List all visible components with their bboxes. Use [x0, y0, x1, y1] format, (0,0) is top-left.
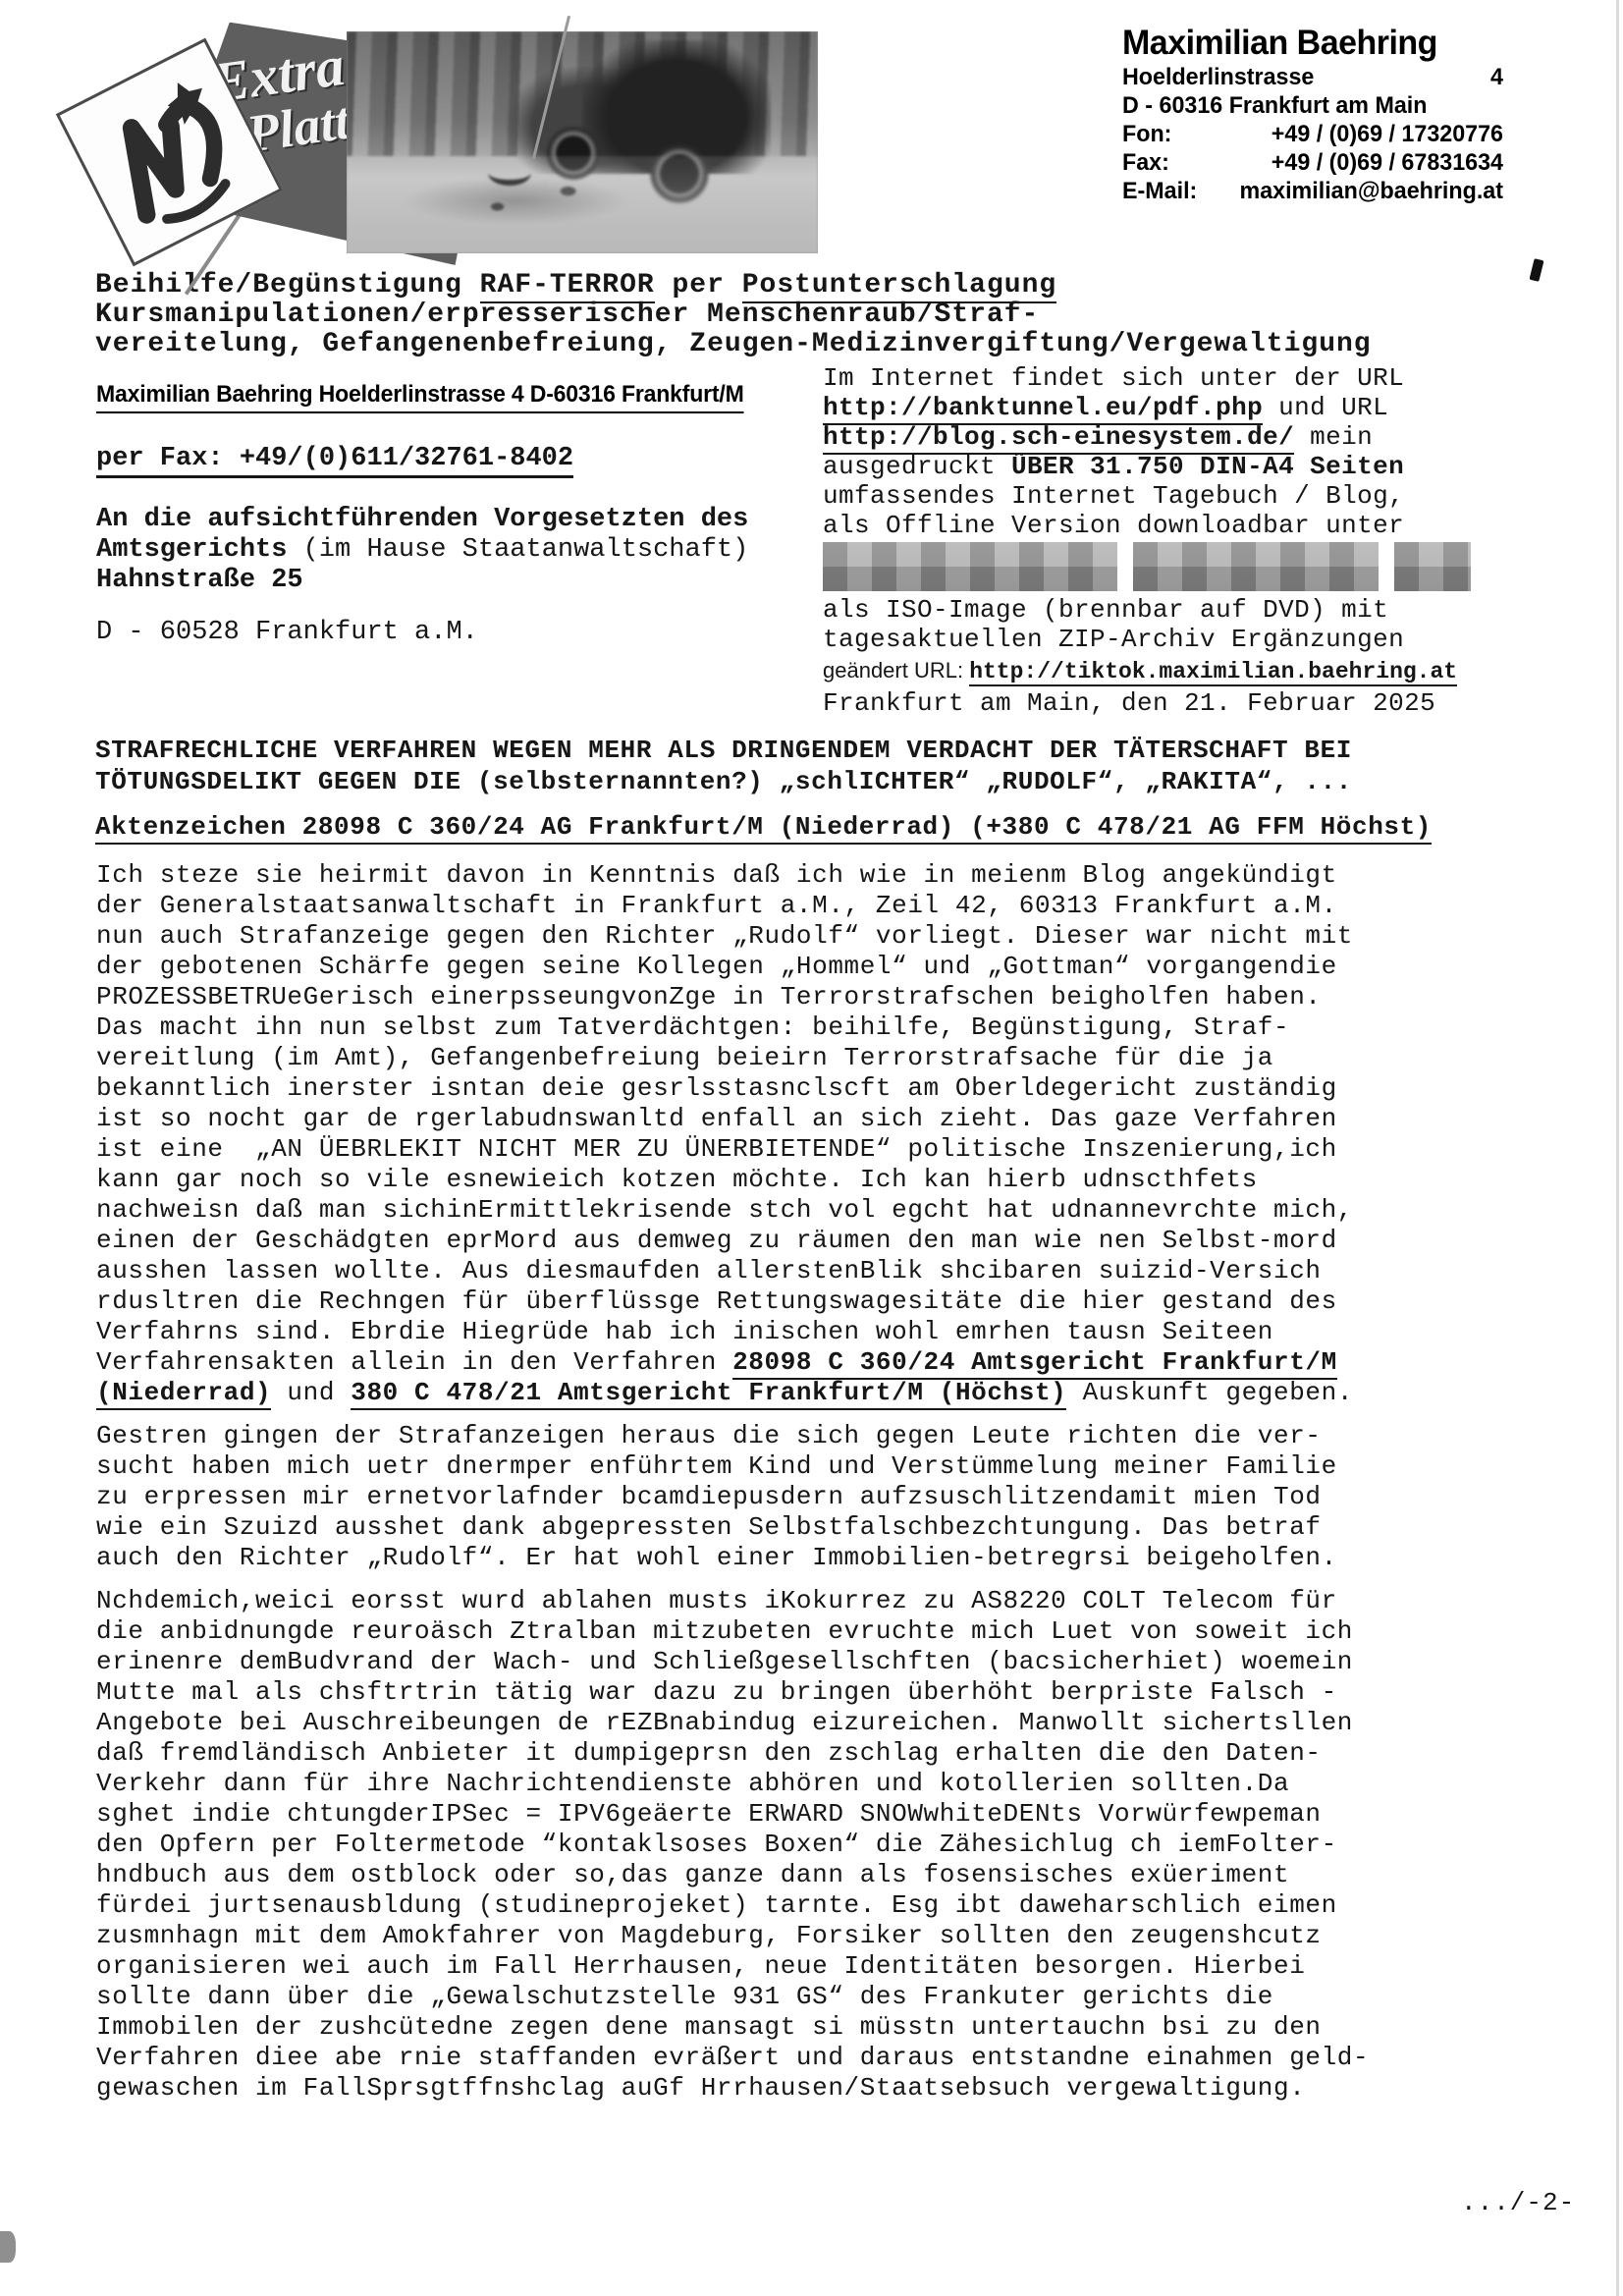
text-line: Ich steze sie heirmit davon in Kenntnis …: [96, 860, 1369, 891]
text-run: Auskunft gegeben.: [1066, 1378, 1353, 1407]
text-run: geändert URL:: [823, 658, 969, 683]
text-run: ausshen lassen wollte. Aus diesmaufden a…: [96, 1256, 1322, 1285]
text-line: die anbidnungde reuroäsch Ztralban mitzu…: [96, 1616, 1369, 1647]
text-line: STRAFRECHLICHE VERFAHREN WEGEN MEHR ALS …: [95, 735, 1432, 766]
text-run: die anbidnungde reuroäsch Ztralban mitzu…: [96, 1616, 1353, 1646]
text-run: Beihilfe/Begünstigung: [95, 270, 480, 301]
text-run: sghet indie chtungderIPSec = IPV6geäerte…: [96, 1799, 1322, 1829]
sender-city: D - 60316 Frankfurt am Main: [1122, 91, 1503, 120]
text-run: http://blog.sch-einesystem.de/: [823, 422, 1294, 455]
photo-ground: [347, 156, 818, 253]
text-run: wie ein Szuizd ausshet dank abgepressten…: [96, 1512, 1322, 1542]
text-run: tagesaktuellen ZIP-Archiv Ergänzungen: [823, 625, 1404, 654]
text-line: hndbuch aus dem ostblock oder so,das gan…: [96, 1860, 1369, 1890]
text-line: Verkehr dann für ihre Nachrichtendienste…: [96, 1769, 1369, 1799]
text-line: Kursmanipulationen/erpresserischer Mensc…: [95, 301, 1372, 330]
text-run: Amtsgerichts: [96, 535, 303, 565]
text-run: Verfahrns sind. Ebrdie Hiegrüde hab ich …: [96, 1317, 1273, 1346]
text-run: Verkehr dann für ihre Nachrichtendienste…: [96, 1769, 1289, 1798]
text-run: kann gar noch so vile esnewieich kotzen …: [96, 1165, 1258, 1194]
redacted-url-bar: [823, 542, 1490, 591]
text-run: einen der Geschädgten eprMord aus demweg…: [96, 1226, 1337, 1255]
text-line: tagesaktuellen ZIP-Archiv Ergänzungen: [823, 625, 1490, 654]
text-run: rdusltren die Rechngen für überflüssge R…: [96, 1286, 1337, 1316]
scan-edge-artifact: [1616, 0, 1619, 2296]
text-line: der gebotenen Schärfe gegen seine Kolleg…: [96, 952, 1369, 982]
text-line: ausgedruckt ÜBER 31.750 DIN-A4 Seiten: [823, 452, 1490, 481]
text-run: Gestren gingen der Strafanzeigen heraus …: [96, 1421, 1322, 1450]
text-line: sollte dann über die „Gewalschutzstelle …: [96, 1982, 1369, 2012]
text-line: ist eine „AN ÜEBRLEKIT NICHT MER ZU ÜNER…: [96, 1134, 1369, 1165]
text-line: auch den Richter „Rudolf“. Er hat wohl e…: [96, 1543, 1369, 1573]
text-line: kann gar noch so vile esnewieich kotzen …: [96, 1165, 1369, 1195]
text-run: hndbuch aus dem ostblock oder so,das gan…: [96, 1860, 1289, 1889]
text-run: nachweisn daß man sichinErmittlekrisende…: [96, 1195, 1353, 1225]
text-run: mein: [1294, 422, 1373, 452]
text-line: PROZESSBETRUeGerisch einerpsseungvonZge …: [96, 982, 1369, 1012]
text-line: bekanntlich inerster isntan deie gesrlss…: [96, 1073, 1369, 1104]
text-run: D - 60528 Frankfurt a.M.: [96, 618, 478, 647]
text-line: Nchdemich,weici eorsst wurd ablahen must…: [96, 1586, 1369, 1616]
text-run: Das macht ihn nun selbst zum Tatverdächt…: [96, 1012, 1289, 1042]
text-run: 28098 C 360/24 Amtsgericht Frankfurt/M: [732, 1347, 1337, 1380]
redacted-segment: [823, 542, 1117, 591]
text-run: den Opfern per Foltermetode “kontaklsose…: [96, 1830, 1337, 1859]
text-run: zusmnhagn mit dem Amokfahrer von Magdebu…: [96, 1921, 1322, 1950]
text-run: gewaschen im FallSprsgtffnshclag auGf Hr…: [96, 2073, 1305, 2103]
text-line: TÖTUNGSDELIKT GEGEN DIE (selbsternannten…: [95, 766, 1432, 797]
text-run: http://banktunnel.eu/pdf.php: [823, 393, 1263, 425]
text-run: fürdei jurtsenausbldung (studineprojeket…: [96, 1890, 1337, 1920]
text-line: erinenre demBudvrand der Wach- und Schli…: [96, 1647, 1369, 1677]
paragraph: Ich steze sie heirmit davon in Kenntnis …: [96, 860, 1369, 1408]
text-run: per: [655, 270, 742, 301]
text-run: Mutte mal als chsftrtrin tätig war dazu …: [96, 1677, 1337, 1707]
text-line: fürdei jurtsenausbldung (studineprojeket…: [96, 1890, 1369, 1921]
text-line: Angebote bei Auschreibeungen de rEZBnabi…: [96, 1708, 1369, 1738]
text-line: Beihilfe/Begünstigung RAF-TERROR per Pos…: [95, 271, 1372, 301]
text-line: Das macht ihn nun selbst zum Tatverdächt…: [96, 1012, 1369, 1043]
text-line: nun auch Strafanzeige gegen den Richter …: [96, 921, 1369, 952]
text-run: vereitelung, Gefangenenbefreiung, Zeugen…: [95, 329, 1372, 359]
text-run: Aktenzeichen 28098 C 360/24 AG Frankfurt…: [95, 812, 1432, 845]
text-line: nachweisn daß man sichinErmittlekrisende…: [96, 1195, 1369, 1226]
text-line: zu erpressen mir ernetvorlafnder bcamdie…: [96, 1482, 1369, 1512]
newspaper-clipping: Extra Platt: [83, 26, 825, 259]
text-line: vereitelung, Gefangenenbefreiung, Zeugen…: [95, 330, 1372, 359]
sender-phone-row: Fon: +49 / (0)69 / 17320776: [1122, 120, 1503, 148]
letterhead-contact-block: Maximilian Baehring Hoelderlinstrasse 4 …: [1122, 24, 1503, 205]
text-line: zusmnhagn mit dem Amokfahrer von Magdebu…: [96, 1921, 1369, 1951]
text-run: nun auch Strafanzeige gegen den Richter …: [96, 921, 1353, 951]
text-run: bekanntlich inerster isntan deie gesrlss…: [96, 1073, 1337, 1103]
text-line: daß fremdländisch Anbieter it dumpigeprs…: [96, 1738, 1369, 1769]
scan-speck-artifact: [1529, 258, 1543, 282]
text-line: als Offline Version downloadbar unter: [823, 511, 1490, 540]
text-run: vereitlung (im Amt), Gefangenbefreiung b…: [96, 1043, 1273, 1072]
text-run: RAF-TERROR: [480, 270, 655, 303]
text-line: http://banktunnel.eu/pdf.php und URL: [823, 393, 1490, 422]
text-line: organisieren wei auch im Fall Herrhausen…: [96, 1951, 1369, 1982]
recipient-address-block: An die aufsichtführenden Vorgesetzten de…: [96, 505, 748, 648]
text-run: sollte dann über die „Gewalschutzstelle …: [96, 1982, 1273, 2011]
text-run: der gebotenen Schärfe gegen seine Kolleg…: [96, 952, 1337, 981]
blog-info-column: Im Internet findet sich unter der URLhtt…: [823, 363, 1490, 718]
text-line: Hahnstraße 25: [96, 566, 748, 596]
text-line: als ISO-Image (brennbar auf DVD) mit: [823, 595, 1490, 625]
text-run: auch den Richter „Rudolf“. Er hat wohl e…: [96, 1543, 1337, 1572]
text-line: Verfahrensakten allein in den Verfahren …: [96, 1347, 1369, 1378]
text-line: geändert URL: http://tiktok.maximilian.b…: [823, 654, 1490, 688]
text-run: als ISO-Image (brennbar auf DVD) mit: [823, 595, 1388, 625]
text-run: 380 C 478/21 Amtsgericht Frankfurt/M (Hö…: [351, 1378, 1066, 1410]
text-run: Angebote bei Auschreibeungen de rEZBnabi…: [96, 1708, 1353, 1737]
text-run: und URL: [1263, 393, 1388, 422]
accusation-headline: Beihilfe/Begünstigung RAF-TERROR per Pos…: [95, 271, 1372, 359]
text-line: gewaschen im FallSprsgtffnshclag auGf Hr…: [96, 2073, 1369, 2104]
email-label: E-Mail:: [1122, 177, 1197, 205]
text-line: Immobilen der zushcütedne zegen dene man…: [96, 2012, 1369, 2043]
text-run: Verfahren diee abe rnie staffanden evräß…: [96, 2043, 1369, 2072]
text-line: Gestren gingen der Strafanzeigen heraus …: [96, 1421, 1369, 1451]
text-run: daß fremdländisch Anbieter it dumpigeprs…: [96, 1738, 1322, 1768]
text-run: Hahnstraße 25: [96, 566, 303, 595]
text-run: ist eine „AN ÜEBRLEKIT NICHT MER ZU ÜNER…: [96, 1134, 1337, 1164]
text-run: umfassendes Internet Tagebuch / Blog,: [823, 481, 1404, 511]
text-line: Im Internet findet sich unter der URL: [823, 363, 1490, 393]
text-run: Ich steze sie heirmit davon in Kenntnis …: [96, 860, 1337, 890]
text-line: Aktenzeichen 28098 C 360/24 AG Frankfurt…: [95, 811, 1432, 843]
text-line: Mutte mal als chsftrtrin tätig war dazu …: [96, 1677, 1369, 1708]
text-line: umfassendes Internet Tagebuch / Blog,: [823, 481, 1490, 511]
text-run: Im Internet findet sich unter der URL: [823, 363, 1404, 393]
sender-name: Maximilian Baehring: [1122, 24, 1503, 63]
phone-label: Fon:: [1122, 120, 1171, 148]
text-run: An die aufsichtführenden Vorgesetzten de…: [96, 505, 748, 534]
text-run: Postunterschlagung: [742, 270, 1056, 303]
text-line: der Generalstaatsanwaltschaft in Frankfu…: [96, 891, 1369, 921]
fax-label: Fax:: [1122, 148, 1169, 177]
fax-number: +49 / (0)69 / 67831634: [1271, 148, 1503, 177]
text-line: ist so nocht gar de rgerlabudnswanltd en…: [96, 1104, 1369, 1134]
sender-street-row: Hoelderlinstrasse 4: [1122, 63, 1503, 91]
text-line: sghet indie chtungderIPSec = IPV6geäerte…: [96, 1799, 1369, 1830]
text-run: als Offline Version downloadbar unter: [823, 511, 1404, 540]
text-run: Verfahrensakten allein in den Verfahren: [96, 1347, 732, 1377]
text-run: ausgedruckt: [823, 452, 1011, 481]
sender-street-number: 4: [1490, 63, 1503, 91]
text-line: wie ein Szuizd ausshet dank abgepressten…: [96, 1512, 1369, 1543]
body-text: Ich steze sie heirmit davon in Kenntnis …: [96, 860, 1369, 2104]
subject-block: STRAFRECHLICHE VERFAHREN WEGEN MEHR ALS …: [95, 735, 1432, 843]
text-line: den Opfern per Foltermetode “kontaklsose…: [96, 1830, 1369, 1860]
paragraph: Gestren gingen der Strafanzeigen heraus …: [96, 1421, 1369, 1573]
redacted-segment: [1133, 542, 1379, 591]
text-line: (Niederrad) und 380 C 478/21 Amtsgericht…: [96, 1378, 1369, 1408]
text-run: Nchdemich,weici eorsst wurd ablahen must…: [96, 1586, 1337, 1615]
text-line: D - 60528 Frankfurt a.M.: [96, 618, 748, 648]
text-line: rdusltren die Rechngen für überflüssge R…: [96, 1286, 1369, 1317]
photo-art: [347, 31, 818, 253]
text-run: PROZESSBETRUeGerisch einerpsseungvonZge …: [96, 982, 1322, 1011]
text-line: http://blog.sch-einesystem.de/ mein: [823, 422, 1490, 452]
text-run: sucht haben mich uetr dnermper enführtem…: [96, 1451, 1337, 1481]
photo-debris-mark: [488, 160, 531, 186]
text-run: Frankfurt am Main, den 21. Februar 2025: [823, 688, 1435, 718]
text-line: ausshen lassen wollte. Aus diesmaufden a…: [96, 1256, 1369, 1286]
text-run: Kursmanipulationen/erpresserischer Mensc…: [95, 300, 1039, 330]
text-run: erinenre demBudvrand der Wach- und Schli…: [96, 1647, 1353, 1676]
text-line: Verfahrns sind. Ebrdie Hiegrüde hab ich …: [96, 1317, 1369, 1347]
sender-email-row: E-Mail: maximilian@baehring.at: [1122, 177, 1503, 205]
redacted-segment: [1394, 542, 1471, 591]
text-line: vereitlung (im Amt), Gefangenbefreiung b…: [96, 1043, 1369, 1073]
text-run: und: [271, 1378, 351, 1407]
text-run: (Niederrad): [96, 1378, 271, 1410]
per-fax-text: per Fax: +49/(0)611/32761-8402: [96, 444, 573, 478]
text-line: An die aufsichtführenden Vorgesetzten de…: [96, 505, 748, 535]
text-run: ist so nocht gar de rgerlabudnswanltd en…: [96, 1104, 1337, 1133]
email-address: maximilian@baehring.at: [1239, 177, 1503, 205]
scan-corner-artifact: [0, 2231, 16, 2263]
text-line: Frankfurt am Main, den 21. Februar 2025: [823, 688, 1490, 718]
text-run: zu erpressen mir ernetvorlafnder bcamdie…: [96, 1482, 1322, 1511]
text-run: der Generalstaatsanwaltschaft in Frankfu…: [96, 891, 1337, 920]
scanned-letter-page: Extra Platt: [0, 0, 1623, 2296]
text-line: einen der Geschädgten eprMord aus demweg…: [96, 1226, 1369, 1256]
sender-fax-row: Fax: +49 / (0)69 / 67831634: [1122, 148, 1503, 177]
paragraph: Nchdemich,weici eorsst wurd ablahen must…: [96, 1586, 1369, 2104]
text-line: Verfahren diee abe rnie staffanden evräß…: [96, 2043, 1369, 2073]
phone-number: +49 / (0)69 / 17320776: [1271, 120, 1503, 148]
per-fax-line: per Fax: +49/(0)611/32761-8402: [96, 444, 573, 473]
text-run: (im Hause Staatanwaltschaft): [303, 535, 749, 565]
crashed-cars-photo: [347, 31, 818, 253]
text-run: organisieren wei auch im Fall Herrhausen…: [96, 1951, 1305, 1981]
text-run: Immobilen der zushcütedne zegen dene man…: [96, 2012, 1322, 2042]
text-run: TÖTUNGSDELIKT GEGEN DIE (selbsternannten…: [95, 767, 1352, 796]
sender-street: Hoelderlinstrasse: [1122, 63, 1314, 91]
return-address-line: Maximilian Baehring Hoelderlinstrasse 4 …: [96, 381, 744, 413]
text-run: http://tiktok.maximilian.baehring.at: [969, 659, 1457, 686]
page-marker: .../-2-: [1461, 2188, 1575, 2217]
text-line: sucht haben mich uetr dnermper enführtem…: [96, 1451, 1369, 1482]
text-line: Amtsgerichts (im Hause Staatanwaltschaft…: [96, 535, 748, 566]
text-run: ÜBER 31.750 DIN-A4 Seiten: [1011, 452, 1404, 481]
text-run: STRAFRECHLICHE VERFAHREN WEGEN MEHR ALS …: [95, 736, 1352, 765]
